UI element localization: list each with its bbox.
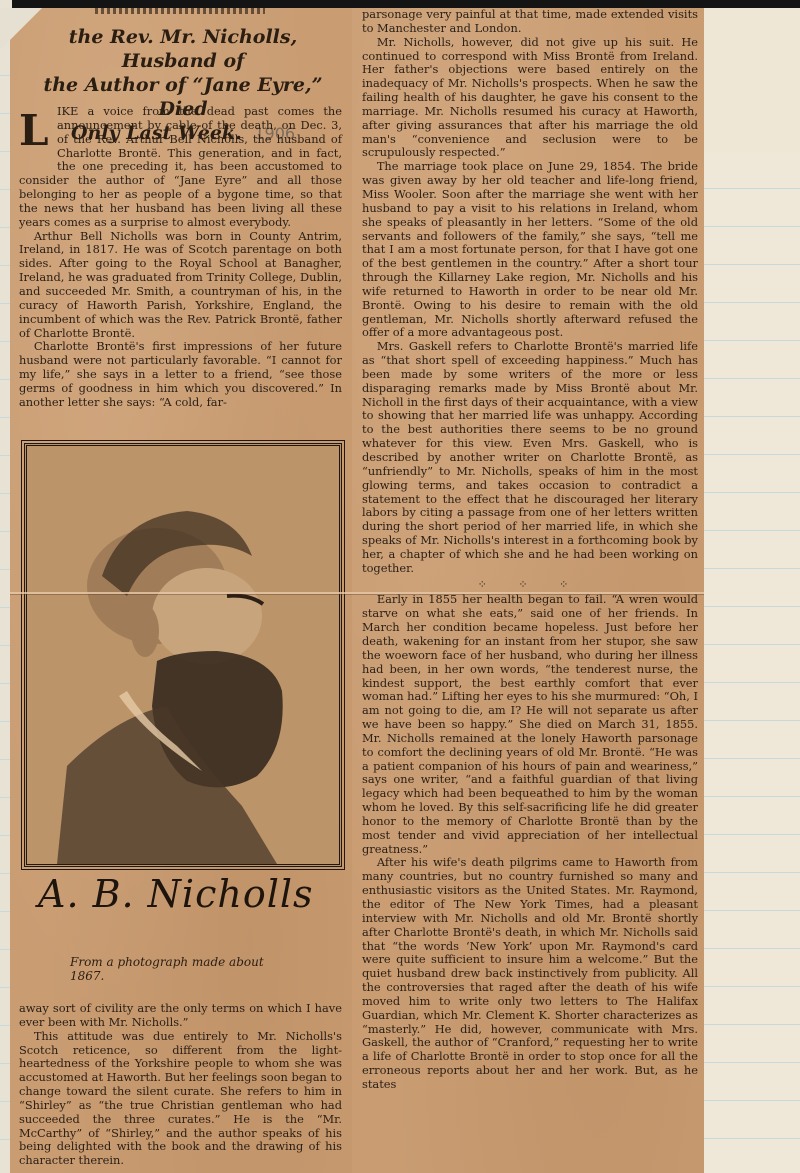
section-break-ornament: ⁘ ⁘ ⁘ [362, 578, 698, 592]
paragraph: Mrs. Gaskell refers to Charlotte Brontë'… [362, 340, 698, 575]
article-column-left-top: LIKE a voice from the dead past comes th… [19, 105, 342, 410]
photo-caption: From a photograph made about 1867. [70, 955, 300, 983]
paragraph: away sort of civility are the only terms… [19, 1002, 342, 1030]
paragraph: This attitude was due entirely to Mr. Ni… [19, 1030, 342, 1168]
lead-paragraph: LIKE a voice from the dead past comes th… [19, 105, 342, 230]
article-column-left-bottom: away sort of civility are the only terms… [19, 1002, 342, 1168]
paragraph: Arthur Bell Nicholls was born in County … [19, 230, 342, 341]
paragraph: Mr. Nicholls, however, did not give up h… [362, 36, 698, 161]
drop-cap: L [19, 107, 49, 163]
paragraph: The marriage took place on June 29, 1854… [362, 160, 698, 340]
paper-fold-crease [10, 592, 704, 594]
headline-line-1: the Rev. Mr. Nicholls, Husband of [18, 25, 348, 73]
paragraph: After his wife's death pilgrims came to … [362, 856, 698, 1091]
signature: A. B. Nicholls [38, 872, 338, 932]
article-column-right: parsonage very painful at that time, mad… [362, 8, 698, 1092]
paragraph: Charlotte Brontë's first impressions of … [19, 340, 342, 409]
paragraph: Early in 1855 her health began to fail. … [362, 593, 698, 856]
decorative-rule [95, 8, 265, 14]
paragraph: parsonage very painful at that time, mad… [362, 8, 698, 36]
lined-backing-paper-top [700, 8, 800, 153]
lined-backing-paper [700, 8, 800, 1173]
portrait-engraving-icon [27, 446, 339, 864]
portrait-photo [24, 443, 342, 867]
